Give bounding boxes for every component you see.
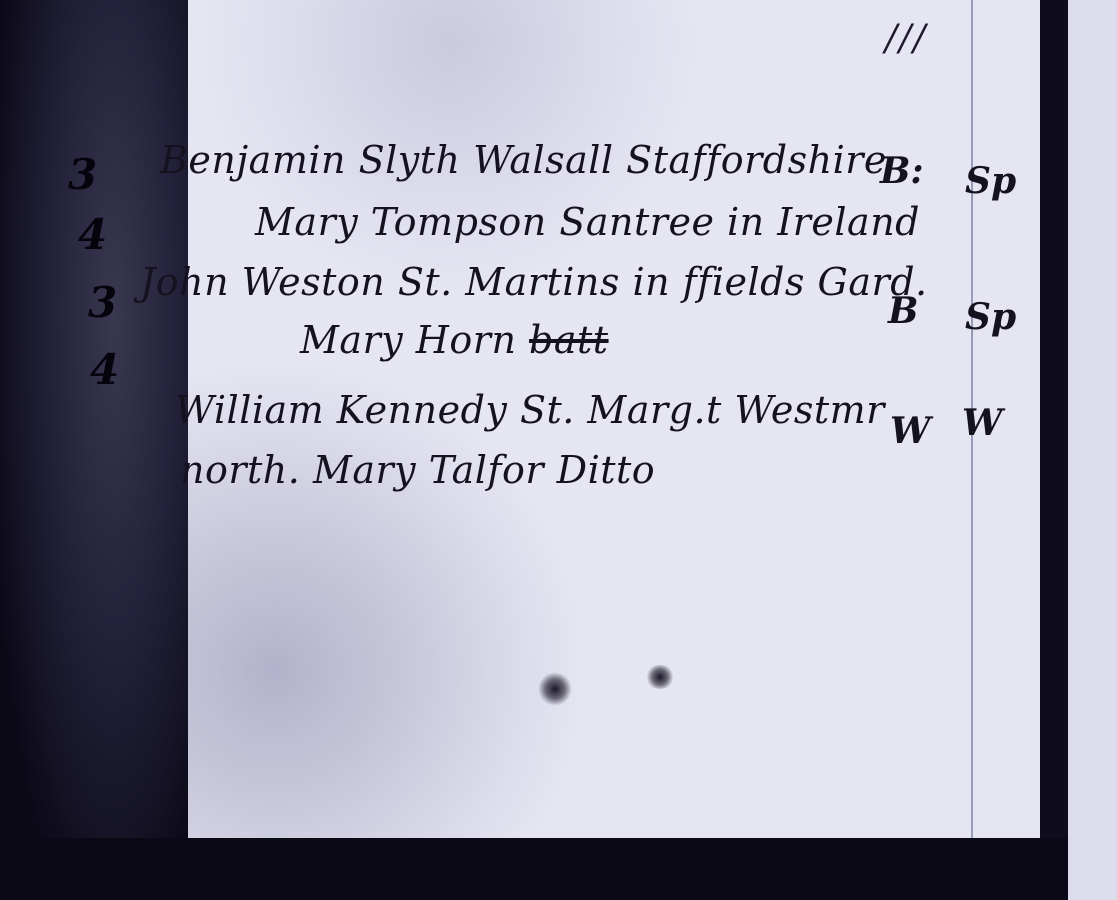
adjacent-page-edge — [1068, 0, 1117, 900]
folio-marks: /// — [885, 18, 927, 59]
entry-1-groom-line: Benjamin Slyth Walsall Staffordshire — [160, 138, 887, 182]
binding-margin — [0, 0, 190, 900]
groom-name: John Weston — [140, 260, 385, 304]
groom-name: William Kennedy — [175, 388, 507, 432]
entry-2-col2: Sp — [965, 296, 1016, 338]
bride-residence: Santree in Ireland — [559, 200, 920, 244]
entry-2-col1: B — [888, 290, 918, 332]
scan-border — [0, 838, 1068, 900]
bride-name: Mary Horn — [300, 318, 516, 362]
entry-3-col2: W — [962, 402, 1002, 444]
entry-1-col2: Sp — [965, 160, 1016, 202]
groom-residence: Walsall Staffordshire — [473, 138, 887, 182]
margin-number: 3 — [88, 278, 117, 327]
groom-name: Benjamin Slyth — [160, 138, 460, 182]
entry-1-bride-line: Mary Tompson Santree in Ireland — [255, 200, 920, 244]
struck-out-text: batt — [529, 318, 609, 362]
entry-1-col1: B: — [880, 150, 924, 192]
ink-stain — [538, 672, 572, 706]
margin-number: 4 — [90, 345, 119, 394]
page-gutter — [1040, 0, 1068, 900]
entry-3-groom-line: William Kennedy St. Marg.t Westmr — [175, 388, 885, 432]
groom-residence: St. Marg.t Westmr — [520, 388, 885, 432]
entry-2-groom-line: John Weston St. Martins in ffields Gard. — [140, 260, 928, 304]
entry-3-bride-line: north. Mary Talfor Ditto — [180, 448, 655, 492]
entry-3-col1: W — [890, 410, 930, 452]
bride-residence: Ditto — [557, 448, 656, 492]
groom-residence: St. Martins in ffields Gard. — [398, 260, 928, 304]
bride-name: Mary Talfor — [313, 448, 544, 492]
bride-prefix: north. — [180, 448, 300, 492]
margin-number: 4 — [78, 210, 107, 259]
bride-name: Mary Tompson — [255, 200, 547, 244]
margin-number: 3 — [68, 150, 97, 199]
ink-stain — [645, 665, 675, 689]
entry-2-bride-line: Mary Horn batt — [300, 318, 609, 362]
